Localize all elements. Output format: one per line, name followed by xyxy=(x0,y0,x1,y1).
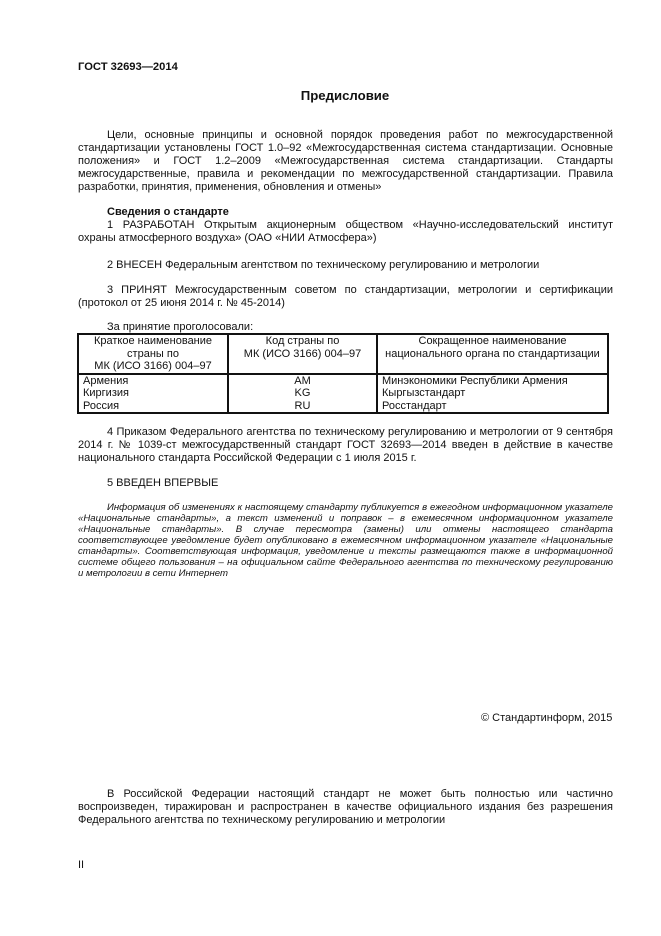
voted-label: За принятие проголосовали: xyxy=(107,321,253,333)
header-standards-body: Сокращенное наименование национального о… xyxy=(377,334,608,374)
table-row: Киргизия KG Кыргызстандарт xyxy=(78,387,608,400)
intro-text: Цели, основные принципы и основной поряд… xyxy=(78,129,613,193)
cell-body: Росстандарт xyxy=(377,400,608,414)
table-row: Россия RU Росстандарт xyxy=(78,400,608,414)
table-header-row: Краткое наименование страны по МК (ИСО 3… xyxy=(78,334,608,374)
rights-notice: В Российской Федерации настоящий стандар… xyxy=(78,788,613,827)
copyright: © Стандартинформ, 2015 xyxy=(481,712,612,724)
item-enacted: 4 Приказом Федерального агентства по тех… xyxy=(78,426,613,465)
table-row: Армения AM Минэкономики Республики Армен… xyxy=(78,374,608,388)
item-adopted: 3 ПРИНЯТ Межгосударственным советом по с… xyxy=(78,284,613,310)
item-submitted: 2 ВНЕСЕН Федеральным агентством по техни… xyxy=(78,259,613,272)
page-title: Предисловие xyxy=(0,88,661,103)
cell-code: AM xyxy=(228,374,377,388)
cell-body: Кыргызстандарт xyxy=(377,387,608,400)
cell-code: RU xyxy=(228,400,377,414)
intro-paragraph: Цели, основные принципы и основной поряд… xyxy=(78,129,613,194)
header-country-name: Краткое наименование страны по МК (ИСО 3… xyxy=(78,334,228,374)
standard-info-heading: Сведения о стандарте xyxy=(78,206,613,219)
standard-info-section: Сведения о стандарте 1 РАЗРАБОТАН Открыт… xyxy=(78,206,613,245)
document-code: ГОСТ 32693—2014 xyxy=(78,61,178,73)
item-developed: 1 РАЗРАБОТАН Открытым акционерным общест… xyxy=(78,219,613,245)
cell-country: Армения xyxy=(78,374,228,388)
cell-code: KG xyxy=(228,387,377,400)
cell-country: Россия xyxy=(78,400,228,414)
changes-notice: Информация об изменениях к настоящему ст… xyxy=(78,502,613,579)
page-number: II xyxy=(78,859,84,871)
item-first-introduced: 5 ВВЕДЕН ВПЕРВЫЕ xyxy=(78,477,613,490)
voters-table: Краткое наименование страны по МК (ИСО 3… xyxy=(77,333,609,414)
cell-country: Киргизия xyxy=(78,387,228,400)
header-country-code: Код страны по МК (ИСО 3166) 004–97 xyxy=(228,334,377,374)
cell-body: Минэкономики Республики Армения xyxy=(377,374,608,388)
